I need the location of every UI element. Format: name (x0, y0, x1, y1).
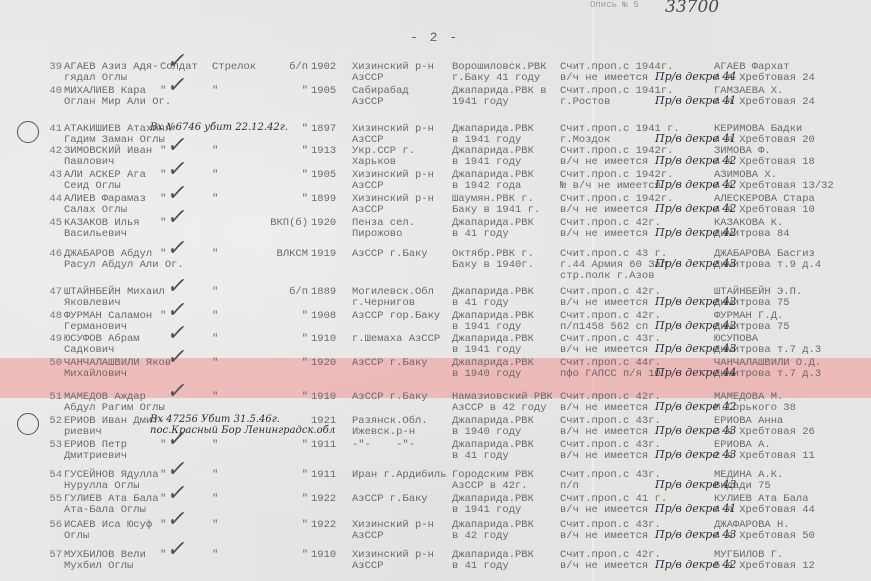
party-membership: " (268, 146, 308, 157)
row-number: 41 (40, 124, 62, 135)
checkmark-icon: ✓ (167, 352, 188, 363)
relative-address: КЕРИМОВА Бадки 4-я Хребтовая 20 (714, 124, 871, 146)
party-membership: " (268, 311, 308, 322)
birthplace: АзССР г.Баку (352, 249, 452, 260)
checkmark-icon: ✓ (167, 488, 188, 499)
row-number: 51 (40, 392, 62, 403)
birthplace: АзССР г.Баку (352, 494, 452, 505)
relative-address: МЕДИНА А.К. Видади 75 (714, 470, 871, 492)
birthplace: АзССР г.Баку (352, 392, 452, 403)
draft-office: Джапарида.РВК в 41 году (452, 440, 562, 462)
specialty: " (212, 358, 218, 369)
page-number: - 2 - (410, 30, 459, 45)
table-row: 53ЕРИОВ Петр Дмитриевич"""1911-"- -"-Джа… (0, 440, 871, 470)
birth-year: 1905 (311, 86, 336, 97)
handwritten-status-note: Пр/в декре 43 (655, 529, 736, 540)
birthplace: Хизинский р-н АзССР (352, 170, 452, 192)
birth-year: 1911 (311, 440, 336, 451)
relative-address: АГАЕВ Фархат 4-я Хребтовая 24 (714, 62, 871, 84)
specialty: " (212, 520, 218, 531)
checkmark-icon: ✓ (167, 305, 188, 316)
circled-number-mark (17, 121, 39, 143)
checkmark-icon: ✓ (167, 56, 188, 67)
party-membership: " (268, 470, 308, 481)
handwritten-status-note: Пр/в декре 42 (655, 320, 736, 331)
draft-office: Джапарида.РВК в 1941 году (452, 494, 562, 516)
party-membership: ВЛКСМ (268, 249, 308, 260)
row-number: 49 (40, 334, 62, 345)
birth-year: 1899 (311, 194, 336, 205)
relative-address: ДЖАФАРОВА Н. 4-я Хребтовая 50 (714, 520, 871, 542)
draft-office: Городским РВК АзССР в 42г. (452, 470, 562, 492)
party-membership: б/п (268, 287, 308, 298)
checkmark-icon: ✓ (167, 514, 188, 525)
draft-office: Октябр.РВК г. Баку в 1940г. (452, 249, 562, 271)
table-row: 40МИХАЛИЕВ Кара Оглан Мир Али Ог."""1905… (0, 86, 871, 116)
party-membership: " (268, 440, 308, 451)
birthplace: АзССР гор.Баку (352, 311, 452, 322)
relative-address: АЗИМОВА Х. 4-я Хребтовая 13/32 (714, 170, 871, 192)
checkmark-icon: ✓ (167, 140, 188, 151)
handwritten-status-note: Пр/в декре 42 (655, 203, 736, 214)
row-number: 47 (40, 287, 62, 298)
birth-year: 1913 (311, 146, 336, 157)
draft-office: Шаумян.РВК г. Баку в 1941 г. (452, 194, 562, 216)
row-number: 56 (40, 520, 62, 531)
handwritten-status-note: Пр/в декре 42 (655, 227, 736, 238)
archive-stamp: Опись № 5 (590, 0, 639, 10)
birthplace: г.Шемаха АзССР (352, 334, 452, 345)
handwritten-status-note: Пр/в декре 44 (655, 367, 736, 378)
specialty: Стрелок (212, 62, 256, 73)
birthplace: Укр.ССР г. Харьков (352, 146, 452, 168)
draft-office: Джапарида.РВК в 1941 году (452, 334, 562, 356)
birth-year: 1919 (311, 249, 336, 260)
table-row: 57МУХБИЛОВ Вели Мухбил Оглы"""1910Хизинс… (0, 550, 871, 580)
row-number: 52 (40, 416, 62, 427)
handwritten-status-note: Пр/в декре 43 (655, 449, 736, 460)
circled-number-mark (17, 413, 39, 435)
birth-year: 1922 (311, 520, 336, 531)
table-row: 46ДЖАБАРОВ Абдул Расул Абдул Али Ог.""ВЛ… (0, 249, 871, 279)
party-membership: " (268, 358, 308, 369)
party-membership: " (268, 334, 308, 345)
birthplace: Пенза сел. Пирожово (352, 218, 452, 240)
handwritten-status-note: Пр/в декре 43 (655, 343, 736, 354)
specialty: " (212, 170, 218, 181)
relative-address: ШТАЙНБЕЙН Э.П. Димитрова 75 (714, 287, 871, 309)
draft-office: Джапарида.РВК в 1941 году (452, 124, 562, 146)
relative-address: ГАМЗАЕВА Х. 4-я Хребтовая 24 (714, 86, 871, 108)
specialty: " (212, 440, 218, 451)
birth-year: 1910 (311, 334, 336, 345)
birth-year: 1910 (311, 392, 336, 403)
party-membership: " (268, 194, 308, 205)
birth-year: 1922 (311, 494, 336, 505)
specialty: " (212, 287, 218, 298)
birthplace: АзССР г.Баку (352, 358, 452, 369)
handwritten-status-note: Пр/в декре 42 (655, 296, 736, 307)
specialty: " (212, 392, 218, 403)
relative-address: ЕРИОВА А. 2-я Хребтовая 11 (714, 440, 871, 462)
birth-year: 1908 (311, 311, 336, 322)
checkmark-icon: ✓ (167, 188, 188, 199)
handwritten-status-note: Пр/в декре 41 (655, 95, 736, 106)
row-number: 55 (40, 494, 62, 505)
checkmark-icon: ✓ (167, 434, 188, 445)
birthplace: Иран г.Ардибиль (352, 470, 452, 481)
row-number: 42 (40, 146, 62, 157)
relative-address: ЧАНЧАЛАШВИЛИ О.Д. Димитрова т.7 д.3 (714, 358, 871, 380)
handwritten-status-note: Пр/в декре 44 (655, 71, 736, 82)
relative-address: ЗИМОВА Ф. 4-я Хребтовая 18 (714, 146, 871, 168)
relative-address: МУГБИЛОВ Г. 5-я Хребтовая 12 (714, 550, 871, 572)
specialty: " (212, 311, 218, 322)
party-membership: " (268, 86, 308, 97)
row-number: 53 (40, 440, 62, 451)
relative-address: ДЖАБАРОВА Басгиз Димитрова т.9 д.4 (714, 249, 871, 271)
birthplace: Хизинский р-н АзССР (352, 550, 452, 572)
specialty: " (212, 470, 218, 481)
relative-address: ЕРИОВА Анна 3-я Хребтовая 26 (714, 416, 871, 438)
row-number: 50 (40, 358, 62, 369)
row-number: 46 (40, 249, 62, 260)
row-number: 54 (40, 470, 62, 481)
handwritten-status-note: Пр/в декре 42 (655, 155, 736, 166)
row-number: 40 (40, 86, 62, 97)
draft-office: Джапарида.РВК в 42 году (452, 520, 562, 542)
row-number: 57 (40, 550, 62, 561)
row-number: 45 (40, 218, 62, 229)
relative-address: МАМЕДОВА М. М.Горького 38 (714, 392, 871, 414)
draft-office: Джапарида.РВК в 1940 году (452, 416, 562, 438)
draft-office: Джапарида.РВК в 1941 году (452, 311, 562, 333)
birthplace: Хизинский р-н АзССР (352, 194, 452, 216)
birthplace: Разянск.Обл. Ижевск.р-н (352, 416, 452, 438)
birthplace: -"- -"- (352, 440, 452, 451)
row-number: 44 (40, 194, 62, 205)
specialty: " (212, 194, 218, 205)
checkmark-icon: ✓ (167, 544, 188, 555)
draft-office: Джапарида.РВК в 1942 года (452, 170, 562, 192)
party-membership: б/п (268, 62, 308, 73)
handwritten-status-note: Пр/в декре 42 (655, 179, 736, 190)
specialty: " (212, 146, 218, 157)
handwritten-death-note: Вх №6746 убит 22.12.42г. (150, 122, 340, 133)
draft-office: Джапарида.РВК в 1940 году (452, 358, 562, 380)
relative-address: ЮСУПОВА Димитрова т.7 д.3 (714, 334, 871, 356)
specialty: " (212, 550, 218, 561)
party-membership: " (268, 170, 308, 181)
draft-office: Джапарида.РВК в 41 году (452, 287, 562, 309)
handwritten-status-note: Пр/в декре 42 (655, 559, 736, 570)
checkmark-icon: ✓ (167, 212, 188, 223)
birth-year: 1889 (311, 287, 336, 298)
draft-office: Джапарида.РВК в 41 году (452, 550, 562, 572)
handwritten-status-note: Пр/в декре 43 (655, 479, 736, 490)
birth-year: 1920 (311, 218, 336, 229)
relative-address: ФУРМАН Г.Д. Димитрова 75 (714, 311, 871, 333)
specialty: " (212, 494, 218, 505)
birthplace: Могилевск.Обл г.Чернигов (352, 287, 452, 309)
birthplace: Хизинский р-н АзССР (352, 62, 452, 84)
checkmark-icon: ✓ (167, 281, 188, 292)
party-membership: " (268, 392, 308, 403)
relative-address: КУЛИЕВ Ата Бала 4-я Хребтовая 44 (714, 494, 871, 516)
birth-year: 1902 (311, 62, 336, 73)
checkmark-icon: ✓ (167, 164, 188, 175)
handwritten-status-note: Пр/в декре 41 (655, 503, 736, 514)
checkmark-icon: ✓ (167, 464, 188, 475)
checkmark-icon: ✓ (167, 328, 188, 339)
draft-office: Джапарида.РВК в 1941 году (452, 146, 562, 168)
relative-address: АЛЕСКЕРОВА Стара 4-я Хребтовая 10 (714, 194, 871, 216)
handwritten-status-note: Пр/в декре 41 (655, 133, 736, 144)
checkmark-icon: ✓ (167, 386, 188, 397)
row-number: 39 (40, 62, 62, 73)
table-row: 45КАЗАКОВ Илья Васильевич"ВКП(б)1920Пенз… (0, 218, 871, 248)
birthplace: Хизинский р-н АзССР (352, 520, 452, 542)
birthplace: Сабирабад АзССР (352, 86, 452, 108)
checkmark-icon: ✓ (167, 243, 188, 254)
checkmark-icon: ✓ (167, 80, 188, 91)
row-number: 48 (40, 311, 62, 322)
draft-office: Джапарида.РВК в 1941 году (452, 86, 562, 108)
specialty: " (212, 86, 218, 97)
birth-year: 1920 (311, 358, 336, 369)
birth-year: 1911 (311, 470, 336, 481)
handwritten-status-note: Пр/в декре 42 (655, 401, 736, 412)
archive-number-handwritten: 33700 (665, 0, 719, 17)
specialty: " (212, 249, 218, 260)
draft-office: Намазиовский РВК АзССР в 42 году (452, 392, 562, 414)
party-membership: " (268, 494, 308, 505)
row-number: 43 (40, 170, 62, 181)
draft-office: Джапарида.РВК в 41 году (452, 218, 562, 240)
relative-address: КАЗАКОВА К. Димитрова 84 (714, 218, 871, 240)
specialty: " (212, 334, 218, 345)
party-membership: " (268, 520, 308, 531)
birthplace: Хизинский р-н АзССР (352, 124, 452, 146)
handwritten-status-note: Пр/в декре 43 (655, 258, 736, 269)
table-row: 56ИСАЕВ Иса Юсуф Оглы"""1922Хизинский р-… (0, 520, 871, 550)
party-membership: " (268, 550, 308, 561)
birth-year: 1905 (311, 170, 336, 181)
birth-year: 1910 (311, 550, 336, 561)
handwritten-status-note: Пр/в декре 43 (655, 425, 736, 436)
party-membership: ВКП(б) (268, 218, 308, 229)
draft-office: Ворошиловск.РВК г.Баку 41 году (452, 62, 562, 84)
